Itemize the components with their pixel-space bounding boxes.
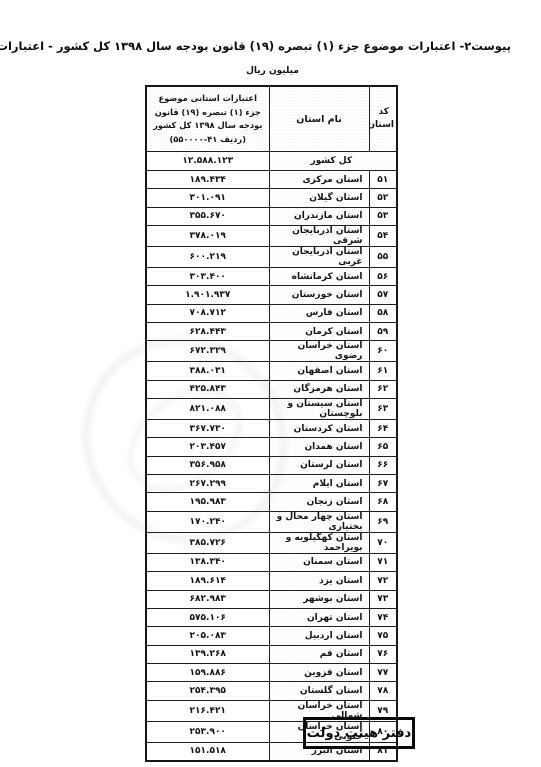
province-name-cell: استان ایلام	[269, 475, 369, 493]
provinces-credit-table: کد استان نام استان اعتبارات استانی موضوع…	[145, 85, 398, 762]
province-credit-cell: ۱.۹۰۱.۹۳۷	[146, 286, 269, 304]
province-row: ۶۴استان کردستان۳۶۷.۷۳۰	[146, 420, 397, 438]
province-name-cell: استان کردستان	[269, 420, 369, 438]
province-credit-cell: ۱۸۹.۴۳۴	[146, 171, 269, 189]
province-credit-cell: ۶۸۲.۹۸۳	[146, 590, 269, 608]
province-credit-cell: ۳۸۵.۷۲۶	[146, 532, 269, 553]
province-credit-cell: ۱۸۹.۶۱۴	[146, 572, 269, 590]
province-name-cell: استان سیستان و بلوچستان	[269, 399, 369, 420]
province-code-cell: ۶۹	[369, 511, 397, 532]
province-row: ۷۱استان سمنان۱۳۸.۳۴۰	[146, 553, 397, 571]
province-code-cell: ۵۲	[369, 189, 397, 207]
province-credit-cell: ۲۵۴.۳۹۵	[146, 682, 269, 700]
province-name-cell: استان سمنان	[269, 553, 369, 571]
province-row: ۶۸استان زنجان۱۹۵.۹۸۳	[146, 493, 397, 511]
province-credit-cell: ۳۸۸.۰۳۱	[146, 362, 269, 380]
province-name-cell: استان آذربایجان غربی	[269, 247, 369, 268]
province-code-cell: ۶۴	[369, 420, 397, 438]
province-row: ۵۶استان کرمانشاه۳۰۳.۴۰۰	[146, 268, 397, 286]
province-code-cell: ۵۶	[369, 268, 397, 286]
province-credit-cell: ۲۱۶.۴۲۱	[146, 700, 269, 721]
province-code-cell: ۷۵	[369, 627, 397, 645]
province-credit-cell: ۶۰۰.۲۱۹	[146, 247, 269, 268]
province-name-cell: استان چهار محال و بختیاری	[269, 511, 369, 532]
province-row: ۵۳استان مازندران۳۵۵.۶۷۰	[146, 207, 397, 225]
province-code-cell: ۵۳	[369, 207, 397, 225]
province-name-cell: استان کرمان	[269, 323, 369, 341]
province-code-cell: ۶۲	[369, 380, 397, 398]
province-row: ۵۱استان مرکزی۱۸۹.۴۳۴	[146, 171, 397, 189]
total-name-cell: کل کشور	[269, 152, 397, 171]
province-name-cell: استان قم	[269, 645, 369, 663]
province-row: ۶۱استان اصفهان۳۸۸.۰۳۱	[146, 362, 397, 380]
province-row: ۷۲استان یزد۱۸۹.۶۱۴	[146, 572, 397, 590]
province-credit-cell: ۱۵۹.۸۸۶	[146, 663, 269, 681]
province-code-cell: ۷۰	[369, 532, 397, 553]
province-code-cell: ۵۸	[369, 304, 397, 322]
province-credit-cell: ۲۰۵.۰۸۳	[146, 627, 269, 645]
province-credit-cell: ۷۰۸.۷۱۲	[146, 304, 269, 322]
province-credit-cell: ۱۹۵.۹۸۳	[146, 493, 269, 511]
province-code-cell: ۵۴	[369, 226, 397, 247]
province-code-cell: ۶۳	[369, 399, 397, 420]
table-body: کل کشور ۱۲.۵۸۸.۱۲۳ ۵۱استان مرکزی۱۸۹.۴۳۴۵…	[146, 152, 397, 761]
province-code-cell: ۵۵	[369, 247, 397, 268]
province-code-cell: ۷۷	[369, 663, 397, 681]
province-name-cell: استان زنجان	[269, 493, 369, 511]
province-name-cell: استان همدان	[269, 438, 369, 456]
province-code-cell: ۶۷	[369, 475, 397, 493]
province-credit-cell: ۲۵۳.۹۰۰	[146, 721, 269, 742]
province-code-cell: ۶۱	[369, 362, 397, 380]
province-credit-cell: ۳۵۵.۶۷۰	[146, 207, 269, 225]
province-credit-cell: ۳۵۶.۹۵۸	[146, 456, 269, 474]
province-row: ۶۷استان ایلام۲۶۷.۲۹۹	[146, 475, 397, 493]
province-name-cell: استان گیلان	[269, 189, 369, 207]
province-name-cell: استان هرمزگان	[269, 380, 369, 398]
province-row: ۵۸استان فارس۷۰۸.۷۱۲	[146, 304, 397, 322]
province-credit-cell: ۶۷۲.۳۲۹	[146, 341, 269, 362]
province-row: ۶۰استان خراسان رضوی۶۷۲.۳۲۹	[146, 341, 397, 362]
province-credit-cell: ۳۶۷.۷۳۰	[146, 420, 269, 438]
province-code-cell: ۷۴	[369, 608, 397, 626]
province-name-cell: استان قزوین	[269, 663, 369, 681]
province-code-cell: ۷۸	[369, 682, 397, 700]
province-credit-cell: ۳۰۳.۴۰۰	[146, 268, 269, 286]
province-row: ۵۲استان گیلان۳۰۱.۰۹۱	[146, 189, 397, 207]
province-row: ۶۹استان چهار محال و بختیاری۱۷۰.۲۴۰	[146, 511, 397, 532]
province-credit-cell: ۳۷۸.۰۱۹	[146, 226, 269, 247]
province-row: ۶۲استان هرمزگان۴۲۵.۸۴۳	[146, 380, 397, 398]
province-row: ۵۹استان کرمان۶۲۸.۴۴۳	[146, 323, 397, 341]
province-name-cell: استان یزد	[269, 572, 369, 590]
total-row: کل کشور ۱۲.۵۸۸.۱۲۳	[146, 152, 397, 171]
province-name-cell: استان تهران	[269, 608, 369, 626]
province-code-cell: ۶۶	[369, 456, 397, 474]
header-province-code: کد استان	[369, 86, 397, 152]
province-row: ۵۷استان خوزستان۱.۹۰۱.۹۳۷	[146, 286, 397, 304]
province-credit-cell: ۲۶۷.۲۹۹	[146, 475, 269, 493]
province-code-cell: ۷۲	[369, 572, 397, 590]
province-row: ۵۴استان آذربایجان شرقی۳۷۸.۰۱۹	[146, 226, 397, 247]
province-row: ۶۶استان لرستان۳۵۶.۹۵۸	[146, 456, 397, 474]
province-name-cell: استان اردبیل	[269, 627, 369, 645]
province-code-cell: ۵۱	[369, 171, 397, 189]
province-row: ۶۳استان سیستان و بلوچستان۸۲۱.۰۸۸	[146, 399, 397, 420]
province-row: ۷۴استان تهران۵۷۵.۱۰۶	[146, 608, 397, 626]
province-name-cell: استان بوشهر	[269, 590, 369, 608]
province-row: ۷۸استان گلستان۲۵۴.۳۹۵	[146, 682, 397, 700]
province-credit-cell: ۱۳۹.۲۶۸	[146, 645, 269, 663]
header-row: کد استان نام استان اعتبارات استانی موضوع…	[146, 86, 397, 152]
province-name-cell: استان آذربایجان شرقی	[269, 226, 369, 247]
province-name-cell: استان لرستان	[269, 456, 369, 474]
province-code-cell: ۶۰	[369, 341, 397, 362]
header-provincial-credit: اعتبارات استانی موضوع جزء (۱) تبصره (۱۹)…	[146, 86, 269, 152]
province-credit-cell: ۱۳۸.۳۴۰	[146, 553, 269, 571]
page-title: پیوست۲- اعتبارات موضوع جزء (۱) تبصره (۱۹…	[30, 39, 511, 53]
province-credit-cell: ۲۰۳.۴۵۷	[146, 438, 269, 456]
province-credit-cell: ۶۲۸.۴۴۳	[146, 323, 269, 341]
total-credit-cell: ۱۲.۵۸۸.۱۲۳	[146, 152, 269, 171]
province-row: ۶۵استان همدان۲۰۳.۴۵۷	[146, 438, 397, 456]
province-code-cell: ۵۷	[369, 286, 397, 304]
province-name-cell: استان گلستان	[269, 682, 369, 700]
document-page: پیوست۲- اعتبارات موضوع جزء (۱) تبصره (۱۹…	[0, 0, 541, 767]
header-province-name: نام استان	[269, 86, 369, 152]
province-row: ۷۵استان اردبیل۲۰۵.۰۸۳	[146, 627, 397, 645]
province-name-cell: استان اصفهان	[269, 362, 369, 380]
province-code-cell: ۶۵	[369, 438, 397, 456]
province-name-cell: استان مرکزی	[269, 171, 369, 189]
province-code-cell: ۷۱	[369, 553, 397, 571]
province-name-cell: استان فارس	[269, 304, 369, 322]
province-name-cell: استان خراسان رضوی	[269, 341, 369, 362]
province-code-cell: ۶۸	[369, 493, 397, 511]
province-code-cell: ۵۹	[369, 323, 397, 341]
province-credit-cell: ۱۷۰.۲۴۰	[146, 511, 269, 532]
province-name-cell: استان کرمانشاه	[269, 268, 369, 286]
province-name-cell: استان مازندران	[269, 207, 369, 225]
province-name-cell: استان کهگیلویه و بویراحمد	[269, 532, 369, 553]
province-row: ۵۵استان آذربایجان غربی۶۰۰.۲۱۹	[146, 247, 397, 268]
province-credit-cell: ۱۵۱.۵۱۸	[146, 742, 269, 761]
province-credit-cell: ۵۷۵.۱۰۶	[146, 608, 269, 626]
province-credit-cell: ۴۲۵.۸۴۳	[146, 380, 269, 398]
province-row: ۷۰استان کهگیلویه و بویراحمد۳۸۵.۷۲۶	[146, 532, 397, 553]
province-row: ۷۳استان بوشهر۶۸۲.۹۸۳	[146, 590, 397, 608]
unit-label: میلیون ریال	[147, 66, 398, 76]
government-office-stamp: دفتر هیئت دولت	[303, 717, 415, 749]
province-row: ۷۶استان قم۱۳۹.۲۶۸	[146, 645, 397, 663]
province-name-cell: استان خوزستان	[269, 286, 369, 304]
province-code-cell: ۷۳	[369, 590, 397, 608]
province-row: ۷۷استان قزوین۱۵۹.۸۸۶	[146, 663, 397, 681]
province-credit-cell: ۸۲۱.۰۸۸	[146, 399, 269, 420]
province-code-cell: ۷۶	[369, 645, 397, 663]
province-credit-cell: ۳۰۱.۰۹۱	[146, 189, 269, 207]
